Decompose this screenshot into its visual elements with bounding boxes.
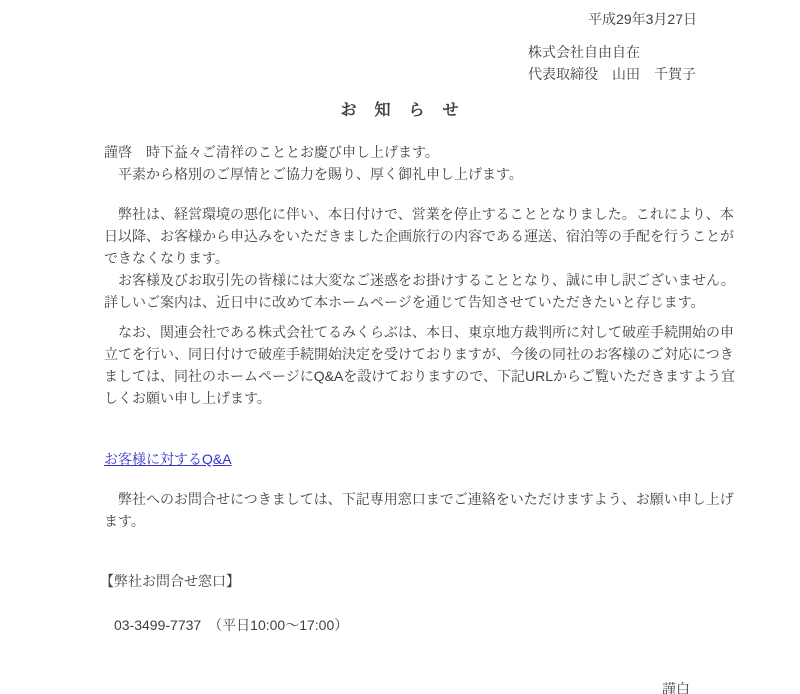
document-date: 平成29年3月27日 bbox=[0, 8, 697, 30]
sender-block: 株式会社自由自在 代表取締役 山田 千賀子 bbox=[528, 41, 800, 85]
bankruptcy-notice-paragraph: なお、関連会社である株式会社てるみくらぶは、本日、東京地方裁判所に対して破産手続… bbox=[104, 321, 744, 409]
notice-document: 平成29年3月27日 株式会社自由自在 代表取締役 山田 千賀子 お 知 ら せ… bbox=[0, 0, 800, 694]
customer-qa-link[interactable]: お客様に対するQ&A bbox=[104, 451, 232, 467]
qa-link-line: お客様に対するQ&A bbox=[104, 426, 744, 470]
contact-request-paragraph: 弊社へのお問合せにつきましては、下記専用窓口までご連絡をいただけますよう、お願い… bbox=[104, 488, 744, 532]
contact-heading: 【弊社お問合せ窓口】 bbox=[100, 570, 800, 592]
representative-name: 代表取締役 山田 千賀子 bbox=[528, 63, 800, 85]
contact-block: 【弊社お問合せ窓口】 03-3499-7737 （平日10:00～17:00） bbox=[100, 548, 800, 658]
contact-phone: 03-3499-7737 （平日10:00～17:00） bbox=[100, 614, 800, 636]
page-title: お 知 ら せ bbox=[0, 100, 800, 122]
business-suspension-paragraph: 弊社は、経営環境の悪化に伴い、本日付けで、営業を停止することとなりました。これに… bbox=[104, 203, 744, 313]
greeting-paragraph: 謹啓 時下益々ご清祥のこととお慶び申し上げます。 平素から格別のご厚情とご協力を… bbox=[104, 141, 744, 185]
company-name: 株式会社自由自在 bbox=[528, 41, 800, 63]
closing-word: 謹白 bbox=[0, 678, 690, 694]
